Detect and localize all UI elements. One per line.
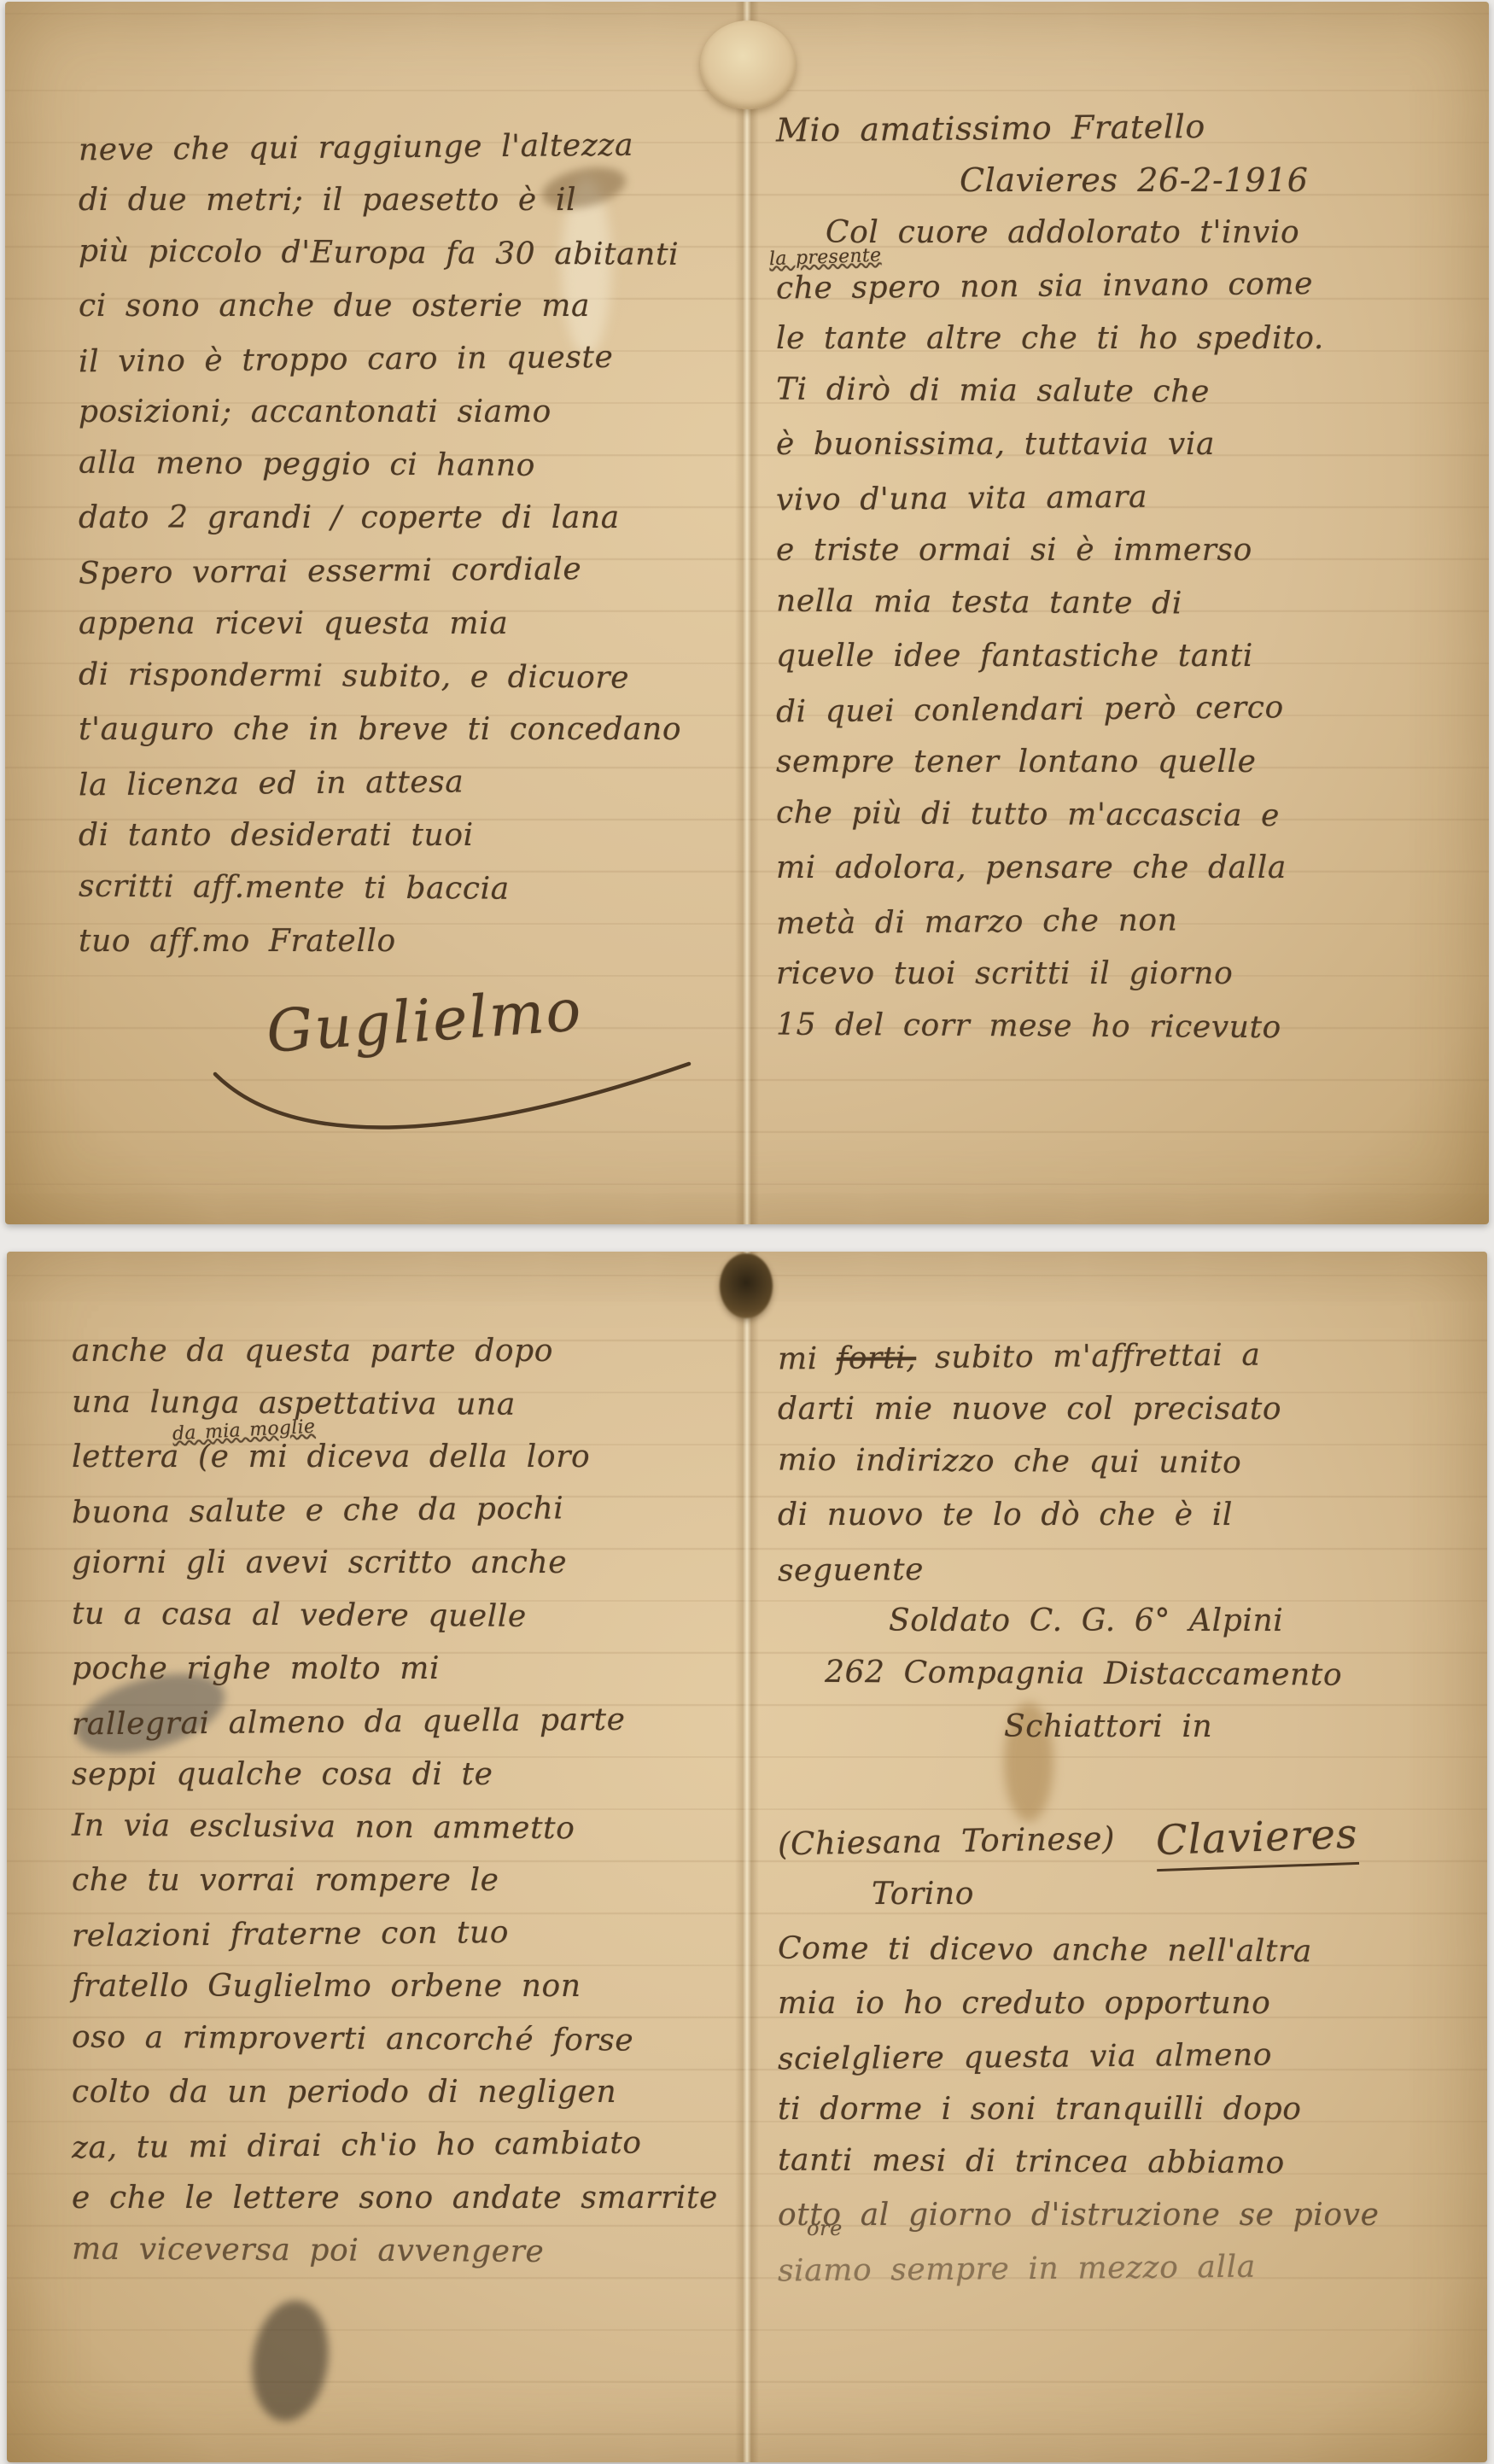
letter-line: seguente [778,1539,1467,1597]
letter-sheet-1: neve che qui raggiunge l'altezza di due … [5,2,1489,1224]
letter-line: poche righe molto mi [72,1643,741,1696]
letter-line: appena ricevi questa mia [79,598,738,651]
letter-line: ma viceversa poi avvengere [72,2223,741,2280]
letter-line: mi adolora, pensare che dalla [776,842,1459,895]
otto-word: otto ore [778,2189,842,2242]
signature-block: Guglielmo [190,990,719,1136]
line-fragment: mi [778,1341,818,1376]
letter-line-with-insert: otto ore al giorno d'istruzione se piove [778,2189,1466,2242]
letter-line: siamo sempre in mezzo alla [778,2239,1467,2298]
letter-line: ci sono anche due osterie ma [79,280,738,333]
letter-line: seppi qualche cosa di te [72,1749,741,1801]
letter-line: di rispondermi subito, e dicuore [79,649,738,706]
letter-line: fratello Guglielmo orbene non [72,1960,741,2013]
page-2-text: da mia moglie anche da questa parte dopo… [72,1325,741,2278]
address-line: 262 Compagnia Distaccamento [778,1646,1466,1703]
letter-line: tanti mesi di trincea abbiamo [778,2134,1466,2192]
letter-line: il vino è troppo caro in queste [79,330,738,389]
letter-line: 15 del corr mese ho ricevuto [776,999,1459,1056]
page-4-text: neve che qui raggiunge l'altezza di due … [79,121,738,1136]
letter-line: di due metri; il paesetto è il [79,174,738,227]
letter-line: alla meno peggio ci hanno [79,437,738,494]
letter-line: dato 2 grandi / coperte di lana [79,492,738,545]
letter-line: relazioni fraterne con tuo [72,1905,742,1964]
letter-line: tu a casa al vedere quelle [72,1588,741,1645]
letter-line: metà di marzo che non [776,892,1460,951]
letter-line: darti mie nuove col precisato [778,1383,1466,1436]
ink-smudge [245,2296,336,2426]
struck-word: forti, [837,1340,917,1376]
place-parenthetical: (Chiesana Torinese) [777,1813,1115,1871]
letter-line: e triste ormai si è immerso [776,524,1459,577]
letter-line: ti dorme i soni tranquilli dopo [778,2083,1466,2136]
letter-line: ricevo tuoi scritti il giorno [776,948,1459,1001]
letter-line: Spero vorrai essermi cordiale [79,542,738,601]
letter-line: Come ti dicevo anche nell'altra [778,1923,1466,1980]
letter-line: scielgliere questa via almeno [778,2027,1467,2086]
letter-line: scritti aff.mente ti baccia [79,861,738,918]
letter-line: di tanto desiderati tuoi [79,809,738,862]
letter-line: buona salute e che da pochi [72,1481,742,1540]
letter-line: di nuovo te lo dò che è il [778,1489,1466,1542]
letter-line: più piccolo d'Europa fa 30 abitanti [79,225,738,283]
letter-line: rallegrai almeno da quella parte [72,1693,742,1752]
letter-line: e che le lettere sono andate smarrite [72,2172,741,2225]
letter-line: sempre tener lontano quelle [776,736,1459,789]
letter-line: la licenza ed in attesa [79,754,738,813]
letter-line: di quei conlendari però cerco [776,680,1460,739]
city-line: Torino [778,1868,1466,1924]
letter-line: colto da un periodo di negligen [72,2066,741,2119]
letter-line: neve che qui raggiunge l'altezza [79,119,738,178]
letter-line: anche da questa parte dopo [72,1325,741,1378]
letter-line: posizioni; accantonati siamo [79,386,738,439]
letter-line: mio indirizzo che qui unito [778,1434,1466,1492]
page-1-text: Mio amatissimo Fratello Clavieres 26-2-1… [776,101,1459,1054]
page-3-text: mi forti, subito m'affrettai a darti mie… [778,1330,1466,2295]
letter-line: vivo d'una vita amara [776,469,1460,528]
letter-line: quelle idee fantastiche tanti [776,630,1459,683]
letter-line: che più di tutto m'accascia e [776,787,1459,844]
letter-line: Ti dirò di mia salute che [776,364,1459,421]
letter-line: nella mia testa tante di [776,575,1459,633]
address-line: Schiattori in [778,1701,1466,1754]
letter-line: una lunga aspettativa una [72,1376,741,1433]
letter-sheet-2: da mia moglie anche da questa parte dopo… [7,1252,1487,2462]
letter-line: oso a rimproverti ancorché forse [72,2011,741,2069]
place-row: (Chiesana Torinese) Clavieres [778,1790,1466,1868]
letter-line: giorni gli avevi scritto anche [72,1537,741,1590]
signature-flourish [190,1050,702,1153]
place-name-underlined: Clavieres [1155,1807,1359,1871]
letter-line: za, tu mi dirai ch'io ho cambiato [72,2117,742,2175]
address-line: Soldato C. G. 6° Alpini [778,1595,1466,1648]
letter-line: che spero non sia invano come [776,257,1460,316]
letter-line: è buonissima, tuttavia via [776,418,1459,471]
interline-insertion: ore [807,2218,843,2239]
letter-line: In via esclusiva non ammetto [72,1800,741,1857]
line-fragment: al giorno d'istruzione se piove [861,2198,1380,2233]
fold-crease [735,2,759,1224]
letter-line: tuo aff.mo Fratello [79,915,738,968]
signature: Guglielmo [265,984,584,1060]
salutation: Mio amatissimo Fratello [776,98,1460,157]
letter-line: t'auguro che in breve ti concedano [79,704,738,756]
dateline: Clavieres 26-2-1916 [776,154,1459,207]
paper-seal-hole [700,20,796,109]
letter-line-with-strike: mi forti, subito m'affrettai a [778,1327,1467,1386]
letter-line: le tante altre che ti ho spedito. [776,312,1459,365]
line-fragment: subito m'affrettai a [935,1338,1261,1375]
letter-line: che tu vorrai rompere le [72,1854,741,1907]
letter-line: mia io ho creduto opportuno [778,1977,1466,2030]
paper-seal-hole [720,1253,773,1318]
letter-scan-canvas: { "colors": { "background": "#ebe9e6", "… [0,0,1494,2464]
